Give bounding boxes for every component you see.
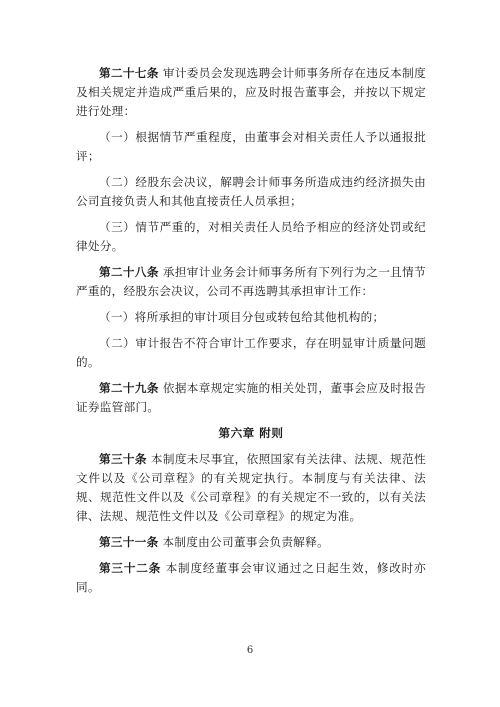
clause-27-2: （二）经股东会决议，解聘会计师事务所造成违约经济损失由公司直接负责人和其他直接责… bbox=[76, 173, 426, 211]
article-number: 第二十八条 bbox=[99, 265, 159, 279]
clause-text: （一）将所承担的审计项目分包或转包给其他机构的； bbox=[99, 310, 384, 324]
clause-text: （二）审计报告不符合审计工作要求，存在明显审计质量问题的。 bbox=[76, 336, 426, 369]
article-text: 本制度由公司董事会负责解释。 bbox=[158, 535, 329, 549]
article-31: 第三十一条 本制度由公司董事会负责解释。 bbox=[76, 533, 426, 552]
article-29: 第二十九条 依据本章规定实施的相关处罚，董事会应及时报告证券监管部门。 bbox=[76, 379, 426, 417]
article-number: 第二十九条 bbox=[99, 381, 159, 395]
clause-27-1: （一）根据情节严重程度，由董事会对相关责任人予以通报批评； bbox=[76, 128, 426, 166]
article-number: 第三十条 bbox=[99, 452, 147, 466]
article-number: 第三十一条 bbox=[99, 535, 158, 549]
clause-text: （二）经股东会决议，解聘会计师事务所造成违约经济损失由公司直接负责人和其他直接责… bbox=[76, 175, 426, 208]
article-number: 第二十七条 bbox=[99, 66, 159, 80]
clause-28-1: （一）将所承担的审计项目分包或转包给其他机构的； bbox=[76, 308, 426, 327]
article-30: 第三十条 本制度未尽事宜，依照国家有关法律、法规、规范性文件以及《公司章程》的有… bbox=[76, 450, 426, 526]
page-number: 6 bbox=[0, 645, 500, 656]
clause-text: （三）情节严重的，对相关责任人员给予相应的经济处罚或纪律处分。 bbox=[76, 220, 426, 253]
document-page: 第二十七条 审计委员会发现选聘会计师事务所存在违反本制度及相关规定并造成严重后果… bbox=[76, 64, 426, 604]
clause-text: （一）根据情节严重程度，由董事会对相关责任人予以通报批评； bbox=[76, 130, 426, 163]
chapter-heading: 第六章 附则 bbox=[76, 424, 426, 443]
article-27: 第二十七条 审计委员会发现选聘会计师事务所存在违反本制度及相关规定并造成严重后果… bbox=[76, 64, 426, 121]
article-number: 第三十二条 bbox=[99, 561, 161, 575]
clause-28-2: （二）审计报告不符合审计工作要求，存在明显审计质量问题的。 bbox=[76, 334, 426, 372]
article-32: 第三十二条 本制度经董事会审议通过之日起生效，修改时亦同。 bbox=[76, 559, 426, 597]
article-28: 第二十八条 承担审计业务会计师事务所有下列行为之一且情节严重的，经股东会决议，公… bbox=[76, 263, 426, 301]
clause-27-3: （三）情节严重的，对相关责任人员给予相应的经济处罚或纪律处分。 bbox=[76, 218, 426, 256]
